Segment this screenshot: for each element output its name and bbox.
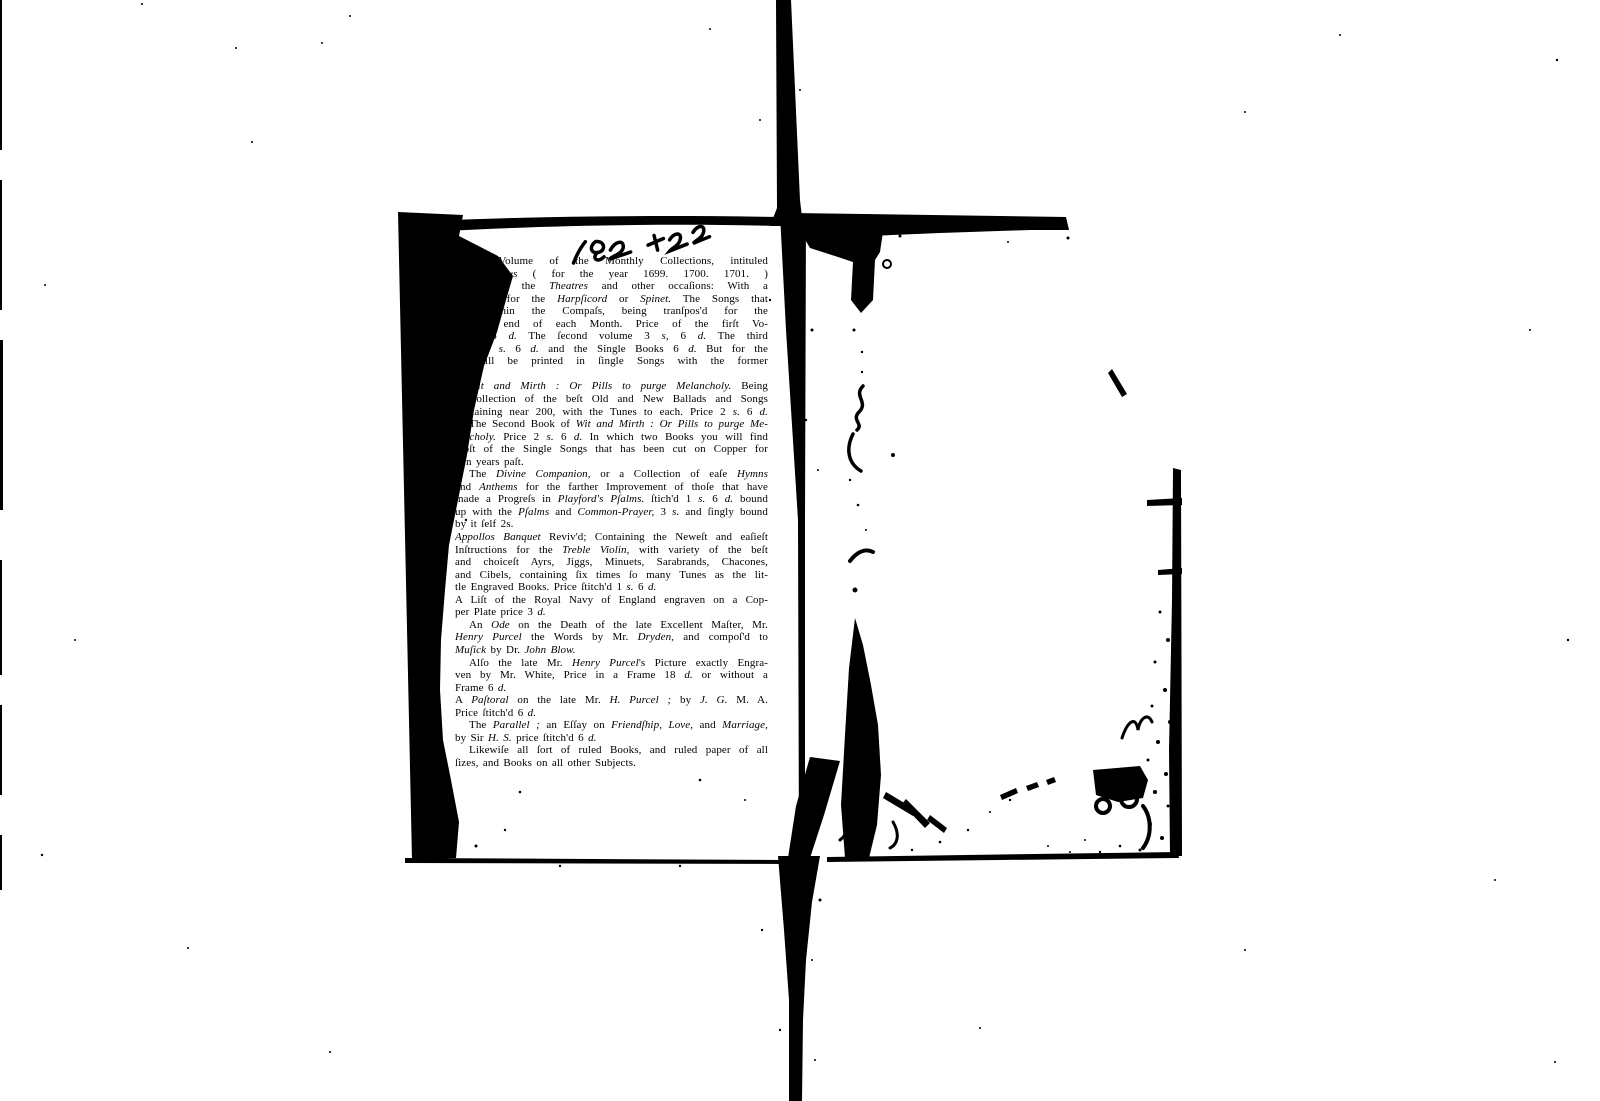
ghost-offset-marks [841,260,895,858]
spine-shadow-bottom [778,856,820,1101]
left-page-top-edge [430,216,779,231]
ink-blob-left-margin [398,212,513,860]
ink-blob-right-gutter-top [794,221,884,313]
scan-artifacts [0,0,1600,1101]
gutter-shadow [780,214,806,858]
ink-blob-right-gutter-bottom [788,757,840,858]
spine-shadow-top [770,0,803,226]
scanner-edge-strip [0,0,3,890]
handwritten-annotation [571,226,711,263]
right-page-bottom-edge [827,852,1179,862]
left-page-bottom-edge [405,858,791,864]
ghost-bleedthrough-marks [1000,717,1152,848]
book-scan: whole Volume of the Monthly Collections,… [0,0,1600,1101]
